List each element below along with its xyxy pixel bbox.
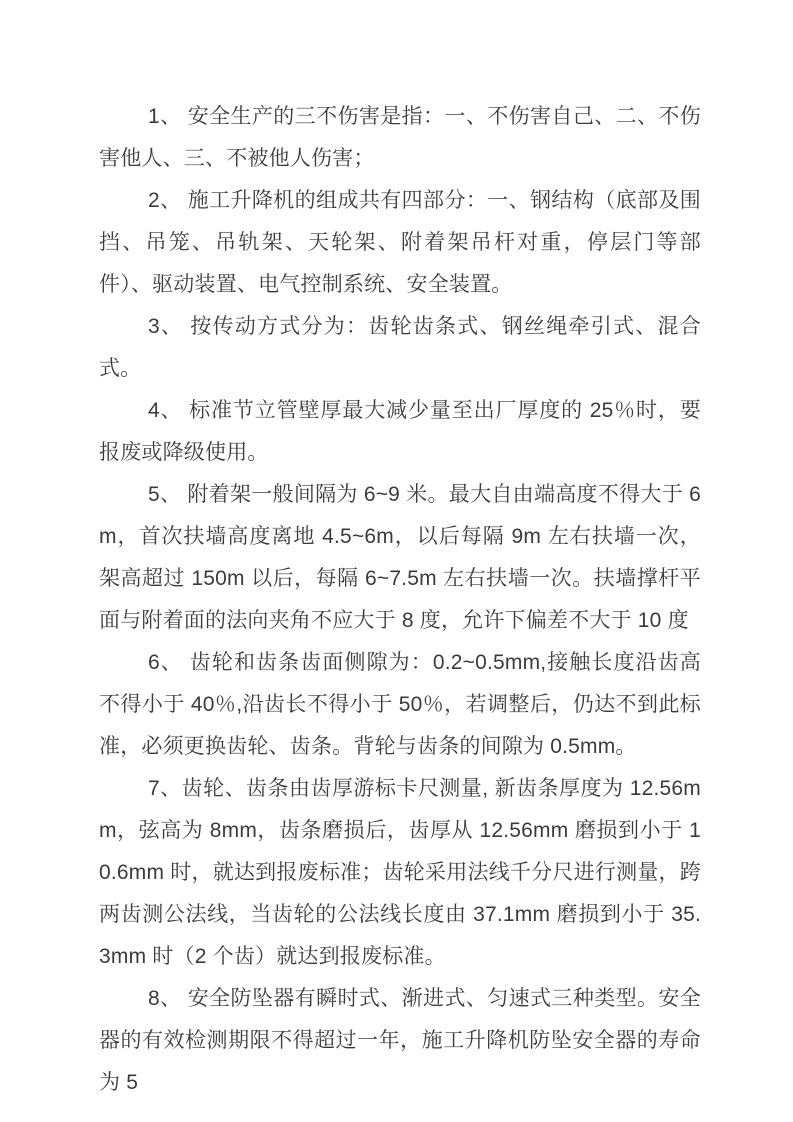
paragraph-7: 7、齿轮、齿条由齿厚游标卡尺测量, 新齿条厚度为 12.56mm，弦高为 8mm… — [99, 768, 701, 978]
paragraph-1: 1、 安全生产的三不伤害是指：一、不伤害自己、二、不伤害他人、三、不被他人伤害； — [99, 96, 701, 180]
paragraph-3: 3、 按传动方式分为：齿轮齿条式、钢丝绳牵引式、混合式。 — [99, 306, 701, 390]
paragraph-5: 5、 附着架一般间隔为 6~9 米。最大自由端高度不得大于 6m，首次扶墙高度离… — [99, 474, 701, 642]
paragraph-2: 2、 施工升降机的组成共有四部分：一、钢结构（底部及围挡、吊笼、吊轨架、天轮架、… — [99, 180, 701, 306]
paragraph-6: 6、 齿轮和齿条齿面侧隙为：0.2~0.5mm,接触长度沿齿高不得小于 40％,… — [99, 642, 701, 768]
document-page: 1、 安全生产的三不伤害是指：一、不伤害自己、二、不伤害他人、三、不被他人伤害；… — [0, 0, 793, 1122]
paragraph-4: 4、 标准节立管壁厚最大减少量至出厂厚度的 25％时，要报废或降级使用。 — [99, 390, 701, 474]
paragraph-8: 8、 安全防坠器有瞬时式、渐进式、匀速式三种类型。安全器的有效检测期限不得超过一… — [99, 978, 701, 1104]
